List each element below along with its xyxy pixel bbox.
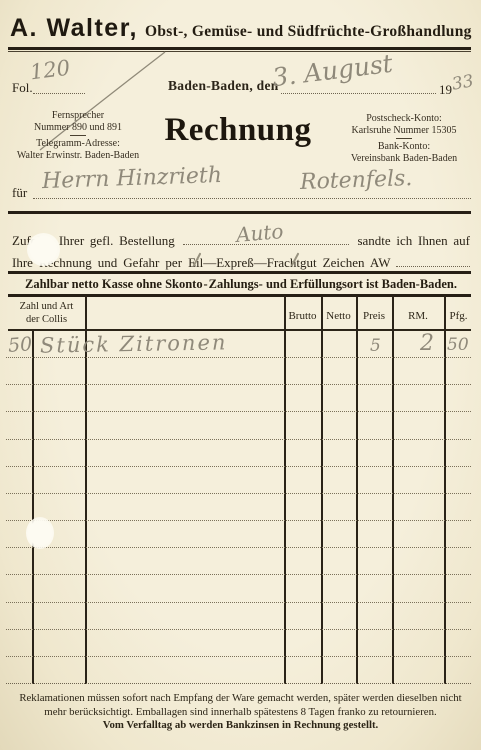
contact-left-block: Fernsprecher Nummer 890 und 891 Telegram… <box>8 110 148 161</box>
table-row <box>6 385 471 412</box>
footer-line1: Reklamationen müssen sofort nach Empfang… <box>4 692 477 706</box>
bank-name: Vereinsbank Baden-Baden <box>330 153 478 165</box>
postal-account-label: Postscheck-Konto: <box>330 113 478 125</box>
table-row <box>6 548 471 575</box>
table-row <box>6 494 471 521</box>
terms-line: Zahlbar netto Kasse ohne Skonto - Zahlun… <box>25 277 457 292</box>
terms-part1: Zahlbar netto Kasse ohne Skonto <box>25 277 203 292</box>
footer-line3: Vom Verfalltag ab werden Bankzinsen in R… <box>4 719 477 733</box>
order-note-end: sandte ich Ihnen auf <box>357 233 470 249</box>
phone-number: Nummer 890 und 891 <box>8 122 148 134</box>
table-top-rule <box>8 294 471 297</box>
table-header-pfg: Pfg. <box>444 310 473 322</box>
section-rule <box>8 211 471 214</box>
table-header-rm: RM. <box>392 310 444 322</box>
row1-preis: 5 <box>370 336 381 356</box>
header-der-collis: der Collis <box>8 314 85 327</box>
contact-right-block: Postscheck-Konto: Karlsruhe Nummer 15305… <box>330 113 478 164</box>
table-header-col1: Zahl und Art der Collis <box>8 301 85 326</box>
table-header-netto: Netto <box>321 310 356 322</box>
recipient-label: für <box>12 185 27 201</box>
order-note-line2-row: Ihre Rechnung und Gefahr per Eil—Expreß—… <box>12 253 470 271</box>
footer-line2: mehr berücksichtigt. Emballagen sind inn… <box>4 706 477 720</box>
footer-conditions: Reklamationen müssen sofort nach Empfang… <box>4 692 477 733</box>
table-row <box>6 603 471 630</box>
table-row <box>6 521 471 548</box>
order-note-line2: Ihre Rechnung und Gefahr per Eil—Expreß—… <box>12 255 390 271</box>
order-dotted-line-2 <box>396 253 470 267</box>
row1-pfg: 50 <box>447 335 469 355</box>
invoice-document: A. Walter, Obst-, Gemüse- und Südfrüchte… <box>0 0 481 750</box>
header-zahl-und-art: Zahl und Art <box>8 301 85 314</box>
table-row <box>6 657 471 684</box>
telegram-label: Telegramm-Adresse: <box>8 138 148 150</box>
separator-dash <box>70 135 86 136</box>
document-title: Rechnung <box>158 112 318 149</box>
year-handwritten: 33 <box>450 71 475 94</box>
hole-punch-top <box>27 233 60 266</box>
table-row <box>6 440 471 467</box>
recipient-handwritten-place: Rotenfels. <box>300 166 413 195</box>
table-row <box>6 358 471 385</box>
table-row <box>6 575 471 602</box>
table-header-brutto: Brutto <box>284 310 321 322</box>
terms-part2: Zahlungs- und Erfüllungsort ist Baden-Ba… <box>209 277 457 292</box>
phone-label: Fernsprecher <box>8 110 148 122</box>
row1-beschreibung: Stück Zitronen <box>40 330 228 357</box>
table-body-rows <box>6 331 471 684</box>
table-row <box>6 467 471 494</box>
bank-account-label: Bank-Konto: <box>330 141 478 153</box>
section-rule <box>8 271 471 274</box>
table-row <box>6 630 471 657</box>
row1-rm: 2 <box>420 331 434 356</box>
table-header-preis: Preis <box>356 310 392 322</box>
terms-dash: - <box>204 277 208 292</box>
telegram-address: Walter Erwinstr. Baden-Baden <box>8 150 148 162</box>
separator-dash <box>396 138 412 139</box>
order-handwritten-auto: Auto <box>235 219 284 247</box>
postal-account-number: Karlsruhe Nummer 15305 <box>330 125 478 137</box>
year-printed: 19 <box>439 82 452 98</box>
table-row <box>6 412 471 439</box>
hole-punch-bottom <box>26 517 54 549</box>
row1-zahl: 50 <box>7 333 33 357</box>
